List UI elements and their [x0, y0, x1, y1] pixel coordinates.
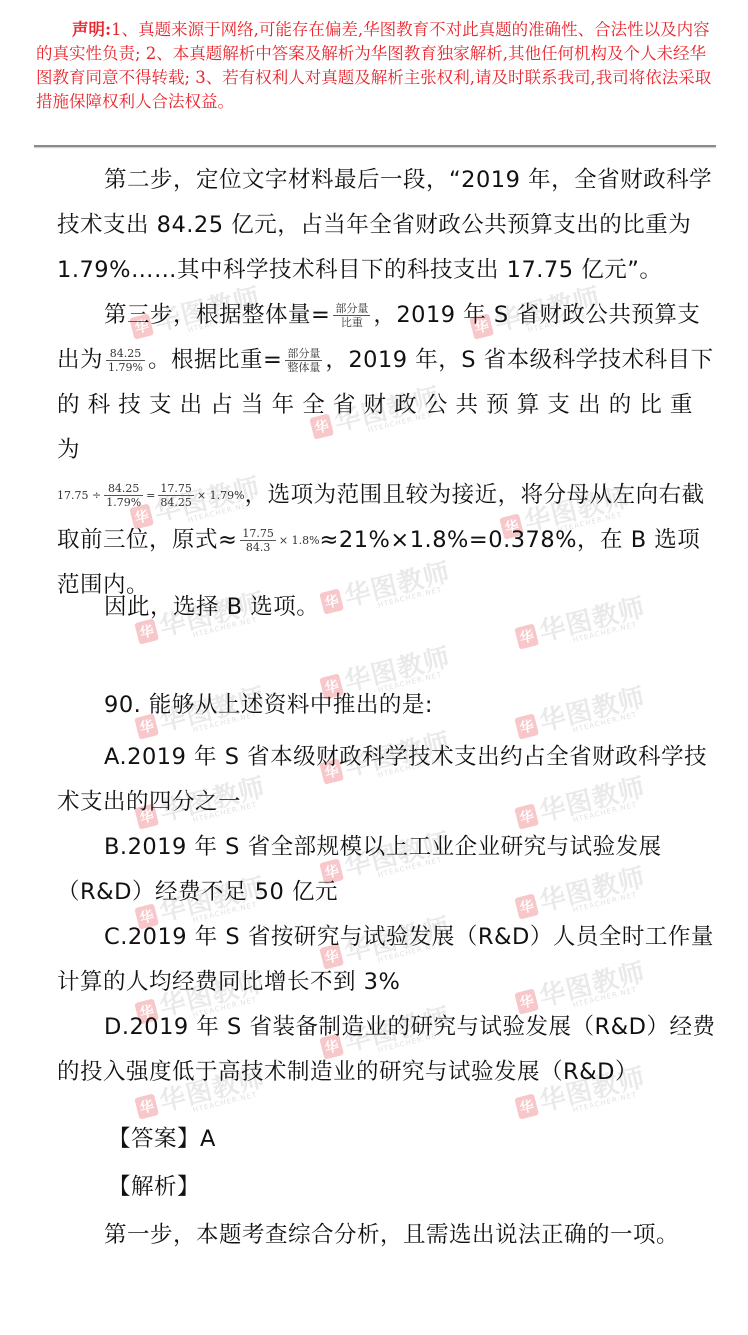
formula-fraction: 17.7584.3: [240, 527, 276, 554]
formula-fraction: 部分量整体量: [285, 347, 322, 374]
formula-fraction: 17.7584.25: [158, 482, 194, 509]
option-b: B.2019 年 S 省全部规模以上工业企业研究与试验发展（R&D）经费不足 5…: [57, 825, 717, 915]
conclusion: 因此，选择 B 选项。: [57, 585, 717, 630]
formula-fraction: 84.251.79%: [104, 482, 143, 509]
option-d: D.2019 年 S 省装备制造业的研究与试验发展（R&D）经费的投入强度低于高…: [57, 1005, 717, 1095]
watermark-logo-icon: 华: [514, 1093, 539, 1119]
disclaimer: 声明:1、真题来源于网络,可能存在偏差,华图教育不对此真题的准确性、合法性以及内…: [36, 18, 716, 114]
disclaimer-text: 1、真题来源于网络,可能存在偏差,华图教育不对此真题的准确性、合法性以及内容的真…: [36, 20, 711, 111]
formula-fraction: 84.251.79%: [106, 347, 145, 374]
watermark-logo-icon: 华: [134, 1093, 159, 1119]
question-title: 90. 能够从上述资料中推出的是:: [57, 683, 717, 728]
analysis-step-3: 第三步，根据整体量=部分量比重，2019 年 S 省财政公共预算支出为84.25…: [57, 293, 717, 608]
formula-fraction: 部分量比重: [333, 302, 370, 329]
answer-label: 【答案】A: [108, 1117, 748, 1162]
option-a: A.2019 年 S 省本级财政科学技术支出约占全省财政科学技术支出的四分之一: [57, 735, 717, 825]
analysis-step-2: 第二步，定位文字材料最后一段，“2019 年，全省财政科学技术支出 84.25 …: [57, 158, 717, 293]
analysis-label: 【解析】: [108, 1165, 748, 1210]
header-divider: [34, 145, 716, 147]
disclaimer-lead: 声明:: [72, 20, 111, 39]
formula-text: 17.75 ÷: [57, 489, 101, 502]
analysis-step-1: 第一步，本题考查综合分析，且需选出说法正确的一项。: [57, 1213, 717, 1258]
option-c: C.2019 年 S 省按研究与试验发展（R&D）人员全时工作量计算的人均经费同…: [57, 915, 717, 1005]
